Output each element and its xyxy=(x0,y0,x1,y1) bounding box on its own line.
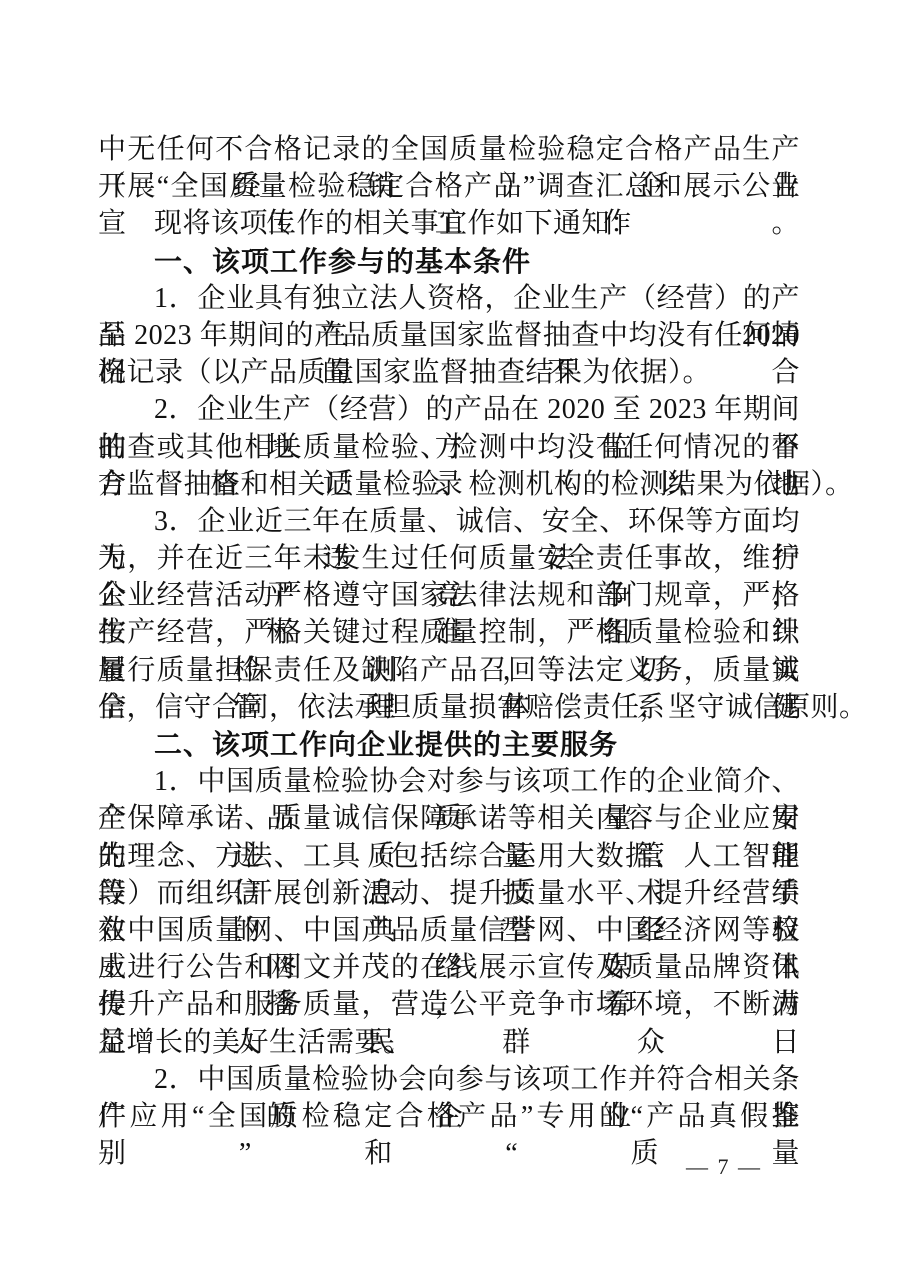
text-line: 上进行公告和图文并茂的在线展示宣传及质量品牌资讯传播，着力 xyxy=(98,949,800,986)
text-line: 1．中国质量检验协会对参与该项工作的企业简介、产品质量安 xyxy=(98,763,800,800)
text-line: 格记录（以产品质量国家监督抽查结果为依据）。 xyxy=(98,354,800,391)
text-line: 广应用“全国质检稳定合格产品”专用的“产品真假鉴别”和“质量 xyxy=(98,1098,800,1135)
document-page: 中无任何不合格记录的全国质量检验稳定合格产品生产（经销）企业开展“全国质量检验稳… xyxy=(0,0,900,1273)
text-line: 2．中国质量检验协会向参与该项工作并符合相关条件的企业推 xyxy=(98,1061,800,1098)
text-line: 履行质量担保责任及缺陷产品召回等法定义务，质量诚信管理体系健 xyxy=(98,652,800,689)
text-line: 全保障承诺、质量诚信保障承诺等相关内容与企业应用先进质量管理 xyxy=(98,800,800,837)
text-line: 提升产品和服务质量，营造公平竞争市场环境，不断满足人民群众日 xyxy=(98,986,800,1023)
text-line: 中无任何不合格记录的全国质量检验稳定合格产品生产（经销）企业 xyxy=(98,131,800,168)
heading-line: 一、该项工作参与的基本条件 xyxy=(98,243,800,280)
text-line: 方监督抽查和相关质量检验、检测机构的检测结果为依据）。 xyxy=(98,466,800,503)
text-line: 开展“全国质量检验稳定合格产品”调查汇总和展示公告宣传工作。 xyxy=(98,168,800,205)
text-line: 全，信守合同，依法承担质量损害赔偿责任，坚守诚信原则。 xyxy=(98,689,800,726)
text-line: 1．企业具有独立法人资格，企业生产（经营）的产品在 2020 xyxy=(98,280,800,317)
text-line: 生产经营，严格关键过程质量控制，严格质量检验和计量检测，切实 xyxy=(98,614,800,651)
text-line: 的理念、方法、工具（包括综合运用大数据、人工智能等信息技术手 xyxy=(98,838,800,875)
text-line: 2．企业生产（经营）的产品在 2020 至 2023 年期间的地方监督 xyxy=(98,391,800,428)
text-line: 至 2023 年期间的产品质量国家监督抽查中均没有任何情况的不合 xyxy=(98,317,800,354)
heading-line: 二、该项工作向企业提供的主要服务 xyxy=(98,726,800,763)
text-line: 在中国质量网、中国产品质量信誉网、中国经济网等权威网络媒体 xyxy=(98,912,800,949)
document-body: 中无任何不合格记录的全国质量检验稳定合格产品生产（经销）企业开展“全国质量检验稳… xyxy=(98,131,800,1135)
text-line: 3．企业近三年在质量、诚信、安全、环保等方面均无违法行 xyxy=(98,503,800,540)
text-line: 抽查或其他相关质量检验、检测中均没有任何情况的不合格记录（以地 xyxy=(98,429,800,466)
text-line: 为，并在近三年未发生过任何质量安全责任事故，维护公平竞争， xyxy=(98,540,800,577)
page-number: — 7 — xyxy=(686,1152,762,1182)
text-line: 企业经营活动严格遵守国家法律法规和部门规章，严格按标准组织 xyxy=(98,577,800,614)
text-line: 段）而组织开展创新活动、提升质量水平、提升经营绩效的典型经验 xyxy=(98,875,800,912)
